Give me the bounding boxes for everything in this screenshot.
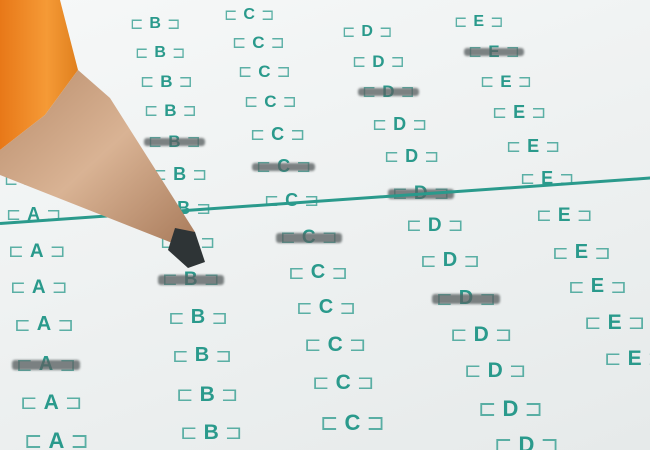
answer-bubble-d[interactable]: ⊏D⊐ — [384, 146, 439, 167]
bubble-letter: D — [382, 82, 394, 102]
answer-bubble-b[interactable]: ⊏B⊐ — [180, 420, 242, 445]
bubble-bracket-right: ⊐ — [349, 332, 367, 357]
bubble-bracket-right: ⊐ — [225, 420, 243, 445]
bubble-letter: E — [513, 102, 525, 123]
bubble-bracket-left: ⊏ — [468, 42, 482, 62]
bubble-bracket-right: ⊐ — [506, 42, 520, 62]
bubble-bracket-left: ⊏ — [384, 146, 399, 167]
bubble-letter: A — [24, 170, 36, 190]
bubble-bracket-right: ⊐ — [172, 43, 185, 63]
bubble-bracket-right: ⊐ — [57, 312, 74, 337]
bubble-bracket-right: ⊐ — [290, 124, 305, 145]
bubble-bracket-right: ⊐ — [577, 204, 593, 227]
bubble-bracket-left: ⊏ — [568, 274, 585, 299]
bubble-letter: E — [473, 13, 484, 31]
answer-bubble-e[interactable]: ⊏E⊐ — [480, 72, 532, 92]
bubble-bracket-left: ⊏ — [296, 295, 313, 320]
bubble-bracket-right: ⊐ — [50, 240, 66, 263]
bubble-letter: D — [372, 52, 384, 72]
bubble-bracket-right: ⊐ — [215, 343, 232, 368]
answer-bubble-c[interactable]: ⊏C⊐ — [312, 370, 374, 395]
answer-bubble-d[interactable]: ⊏D⊐ — [478, 396, 543, 422]
bubble-bracket-left: ⊏ — [250, 124, 265, 145]
bubble-letter: C — [319, 296, 333, 319]
answer-bubble-b[interactable]: ⊏B⊐ — [140, 72, 193, 92]
bubble-bracket-left: ⊏ — [168, 305, 185, 330]
answer-bubble-b[interactable]: ⊏B⊐ — [176, 382, 238, 407]
bubble-bracket-right: ⊐ — [322, 226, 338, 249]
bubble-bracket-left: ⊏ — [156, 198, 171, 219]
bubble-bracket-left: ⊏ — [20, 390, 38, 415]
bubble-bracket-right: ⊐ — [211, 305, 228, 330]
bubble-bracket-left: ⊏ — [604, 346, 622, 371]
bubble-letter: B — [195, 344, 209, 367]
bubble-bracket-right: ⊐ — [401, 82, 415, 102]
bubble-bracket-right: ⊐ — [424, 146, 439, 167]
bubble-letter: C — [302, 227, 316, 249]
answer-bubble-b[interactable]: ⊏B⊐ — [152, 164, 207, 185]
bubble-bracket-right: ⊐ — [46, 204, 61, 225]
bubble-bracket-right: ⊐ — [261, 5, 274, 25]
bubble-bracket-right: ⊐ — [540, 432, 558, 450]
answer-bubble-a[interactable]: ⊏A⊐ — [20, 390, 82, 415]
bubble-bracket-left: ⊏ — [238, 62, 252, 82]
bubble-bracket-left: ⊏ — [454, 12, 467, 32]
answer-bubble-c[interactable]: ⊏C⊐ — [280, 226, 338, 249]
bubble-letter: C — [277, 156, 290, 177]
bubble-bracket-left: ⊏ — [420, 248, 437, 273]
answer-bubble-d[interactable]: ⊏D⊐ — [436, 286, 496, 311]
bubble-letter: D — [474, 323, 489, 347]
bubble-letter: A — [39, 353, 53, 376]
bubble-bracket-right: ⊐ — [366, 410, 384, 436]
bubble-letter: D — [361, 23, 373, 41]
answer-bubble-b[interactable]: ⊏B⊐ — [168, 305, 228, 330]
bubble-bracket-right: ⊐ — [495, 322, 513, 347]
answer-bubble-c[interactable]: ⊏C⊐ — [250, 124, 305, 145]
bubble-letter: D — [488, 359, 503, 383]
answer-bubble-b[interactable]: ⊏B⊐ — [130, 14, 180, 34]
answer-bubble-b[interactable]: ⊏B⊐ — [162, 268, 220, 291]
bubble-letter: C — [328, 333, 343, 357]
bubble-letter: B — [173, 164, 186, 185]
bubble-bracket-left: ⊏ — [8, 240, 24, 263]
answer-bubble-c[interactable]: ⊏C⊐ — [320, 410, 385, 436]
bubble-bracket-right: ⊐ — [331, 260, 348, 285]
bubble-letter: A — [37, 313, 51, 336]
bubble-bracket-left: ⊏ — [320, 410, 338, 436]
bubble-bracket-right: ⊐ — [463, 248, 480, 273]
answer-bubble-d[interactable]: ⊏D⊐ — [450, 322, 512, 347]
bubble-letter: E — [628, 347, 642, 371]
bubble-bracket-left: ⊏ — [584, 310, 602, 335]
answer-bubble-d[interactable]: ⊏D⊐ — [362, 82, 415, 102]
answer-bubble-a[interactable]: ⊏A⊐ — [24, 428, 89, 450]
bubble-bracket-right: ⊐ — [524, 396, 542, 422]
bubble-letter: B — [181, 232, 194, 253]
bubble-letter: C — [311, 261, 325, 284]
bubble-bracket-left: ⊏ — [140, 72, 154, 92]
bubble-bracket-right: ⊐ — [200, 232, 215, 253]
bubble-bracket-left: ⊏ — [342, 22, 355, 42]
answer-bubble-c[interactable]: ⊏C⊐ — [238, 62, 291, 82]
answer-bubble-a[interactable]: ⊏A⊐ — [10, 276, 68, 299]
bubble-bracket-left: ⊏ — [494, 432, 512, 450]
answer-bubble-b[interactable]: ⊏B⊐ — [135, 43, 185, 63]
answer-bubble-d[interactable]: ⊏D⊐ — [406, 214, 464, 237]
bubble-letter: D — [443, 249, 457, 272]
bubble-letter: B — [184, 269, 198, 291]
answer-bubble-e[interactable]: ⊏E⊐ — [584, 310, 645, 335]
bubble-bracket-left: ⊏ — [536, 204, 552, 227]
bubble-bracket-right: ⊐ — [339, 295, 356, 320]
answer-bubble-a[interactable]: ⊏A⊐ — [8, 240, 66, 263]
bubble-bracket-left: ⊏ — [172, 343, 189, 368]
bubble-letter: A — [30, 241, 44, 263]
bubble-bracket-right: ⊐ — [559, 168, 574, 189]
answer-bubble-b[interactable]: ⊏B⊐ — [160, 232, 215, 253]
bubble-bracket-left: ⊏ — [280, 226, 296, 249]
bubble-bracket-right: ⊐ — [448, 214, 464, 237]
bubble-bracket-right: ⊐ — [610, 274, 627, 299]
bubble-bracket-left: ⊏ — [450, 322, 468, 347]
answer-sheet: ⊏B⊐⊏B⊐⊏B⊐⊏B⊐⊏B⊐⊏B⊐⊏B⊐⊏B⊐⊏B⊐⊏B⊐⊏B⊐⊏B⊐⊏B⊐⊏… — [0, 0, 650, 450]
bubble-bracket-left: ⊏ — [304, 332, 322, 357]
answer-bubble-c[interactable]: ⊏C⊐ — [304, 332, 366, 357]
bubble-bracket-left: ⊏ — [480, 72, 494, 92]
bubble-letter: B — [149, 15, 161, 33]
answer-bubble-e[interactable]: ⊏E⊐ — [604, 346, 650, 371]
bubble-bracket-right: ⊐ — [187, 132, 201, 152]
bubble-bracket-left: ⊏ — [144, 101, 158, 121]
answer-bubble-c[interactable]: ⊏C⊐ — [288, 260, 348, 285]
answer-bubble-a[interactable]: ⊏A⊐ — [4, 170, 57, 190]
answer-bubble-c[interactable]: ⊏C⊐ — [296, 295, 356, 320]
bubble-bracket-left: ⊏ — [436, 286, 453, 311]
bubble-letter: E — [608, 311, 622, 335]
bubble-bracket-right: ⊐ — [357, 370, 375, 395]
bubble-bracket-left: ⊏ — [372, 114, 387, 135]
answer-bubble-e[interactable]: ⊏E⊐ — [568, 274, 627, 299]
bubble-letter: E — [488, 42, 499, 62]
bubble-letter: B — [160, 72, 172, 92]
bubble-letter: D — [405, 146, 418, 167]
answer-bubble-b[interactable]: ⊏B⊐ — [172, 343, 232, 368]
bubble-bracket-right: ⊐ — [183, 101, 197, 121]
bubble-letter: B — [168, 132, 180, 152]
bubble-letter: E — [575, 241, 588, 264]
bubble-bracket-left: ⊏ — [232, 33, 246, 53]
bubble-letter: C — [271, 124, 284, 145]
bubble-bracket-right: ⊐ — [391, 52, 405, 72]
bubble-letter: E — [558, 205, 571, 227]
bubble-bracket-left: ⊏ — [180, 420, 198, 445]
bubble-bracket-right: ⊐ — [179, 72, 193, 92]
bubble-letter: C — [258, 62, 270, 82]
bubble-bracket-right: ⊐ — [518, 72, 532, 92]
bubble-letter: B — [204, 421, 219, 445]
bubble-bracket-right: ⊐ — [296, 156, 311, 177]
bubble-bracket-left: ⊏ — [160, 232, 175, 253]
bubble-bracket-left: ⊏ — [464, 358, 482, 383]
bubble-letter: E — [591, 275, 604, 298]
answer-bubble-d[interactable]: ⊏D⊐ — [420, 248, 480, 273]
bubble-bracket-right: ⊐ — [594, 240, 611, 265]
bubble-letter: E — [500, 72, 511, 92]
bubble-bracket-left: ⊏ — [362, 82, 376, 102]
answer-bubble-a[interactable]: ⊏A⊐ — [14, 312, 74, 337]
answer-bubble-d[interactable]: ⊏D⊐ — [372, 114, 427, 135]
bubble-letter: C — [264, 92, 276, 112]
bubble-letter: D — [428, 215, 442, 237]
answer-bubble-e[interactable]: ⊏E⊐ — [492, 102, 546, 123]
bubble-bracket-right: ⊐ — [479, 286, 496, 311]
answer-bubble-e[interactable]: ⊏E⊐ — [552, 240, 611, 265]
bubble-bracket-right: ⊐ — [204, 268, 220, 291]
answer-bubble-e[interactable]: ⊏E⊐ — [506, 136, 560, 157]
bubble-letter: C — [252, 33, 264, 53]
answer-bubble-c[interactable]: ⊏C⊐ — [244, 92, 297, 112]
bubble-letter: B — [191, 306, 205, 329]
answer-bubble-a[interactable]: ⊏A⊐ — [16, 352, 76, 377]
answer-bubble-c[interactable]: ⊏C⊐ — [224, 5, 274, 25]
bubble-bracket-left: ⊏ — [552, 240, 569, 265]
answer-bubble-b[interactable]: ⊏B⊐ — [148, 132, 201, 152]
bubble-bracket-right: ⊐ — [531, 102, 546, 123]
bubble-bracket-right: ⊐ — [545, 136, 560, 157]
bubble-bracket-right: ⊐ — [59, 352, 76, 377]
bubble-bracket-right: ⊐ — [490, 12, 503, 32]
answer-bubble-e[interactable]: ⊏E⊐ — [454, 12, 503, 32]
bubble-letter: A — [32, 277, 46, 299]
bubble-bracket-left: ⊏ — [478, 396, 496, 422]
bubble-letter: D — [502, 396, 518, 422]
bubble-letter: E — [527, 136, 539, 157]
bubble-bracket-right: ⊐ — [271, 33, 285, 53]
bubble-bracket-left: ⊏ — [224, 5, 237, 25]
bubble-letter: B — [200, 383, 215, 407]
answer-bubble-c[interactable]: ⊏C⊐ — [232, 33, 285, 53]
answer-bubble-d[interactable]: ⊏D⊐ — [352, 52, 405, 72]
bubble-letter: D — [518, 432, 534, 450]
bubble-bracket-right: ⊐ — [283, 92, 297, 112]
bubble-letter: A — [44, 391, 59, 415]
bubble-bracket-right: ⊐ — [509, 358, 527, 383]
bubble-letter: C — [243, 6, 255, 24]
bubble-bracket-left: ⊏ — [16, 352, 33, 377]
bubble-bracket-left: ⊏ — [288, 260, 305, 285]
bubble-bracket-left: ⊏ — [492, 102, 507, 123]
bubble-bracket-left: ⊏ — [135, 43, 148, 63]
bubble-bracket-left: ⊏ — [506, 136, 521, 157]
answer-bubble-c[interactable]: ⊏C⊐ — [256, 156, 311, 177]
bubble-letter: D — [459, 287, 473, 310]
bubble-bracket-right: ⊐ — [167, 14, 180, 34]
bubble-letter: C — [344, 410, 360, 436]
bubble-bracket-left: ⊏ — [152, 164, 167, 185]
bubble-bracket-left: ⊏ — [176, 382, 194, 407]
bubble-bracket-right: ⊐ — [379, 22, 392, 42]
bubble-bracket-left: ⊏ — [256, 156, 271, 177]
bubble-bracket-left: ⊏ — [312, 370, 330, 395]
answer-bubble-e[interactable]: ⊏E⊐ — [536, 204, 593, 227]
bubble-bracket-right: ⊐ — [628, 310, 646, 335]
bubble-bracket-left: ⊏ — [130, 14, 143, 34]
bubble-bracket-right: ⊐ — [221, 382, 239, 407]
bubble-bracket-right: ⊐ — [277, 62, 291, 82]
bubble-letter: B — [164, 101, 176, 121]
bubble-bracket-left: ⊏ — [264, 190, 279, 211]
bubble-bracket-left: ⊏ — [162, 268, 178, 291]
bubble-letter: D — [393, 114, 406, 135]
answer-bubble-d[interactable]: ⊏D⊐ — [464, 358, 526, 383]
bubble-bracket-right: ⊐ — [70, 428, 88, 450]
answer-bubble-b[interactable]: ⊏B⊐ — [144, 101, 197, 121]
bubble-bracket-left: ⊏ — [244, 92, 258, 112]
bubble-bracket-left: ⊏ — [4, 170, 18, 190]
bubble-bracket-left: ⊏ — [148, 132, 162, 152]
answer-bubble-d[interactable]: ⊏D⊐ — [342, 22, 392, 42]
bubble-letter: C — [336, 371, 351, 395]
bubble-bracket-left: ⊏ — [406, 214, 422, 237]
answer-bubble-e[interactable]: ⊏E⊐ — [468, 42, 520, 62]
bubble-bracket-left: ⊏ — [352, 52, 366, 72]
bubble-bracket-left: ⊏ — [14, 312, 31, 337]
bubble-letter: A — [48, 428, 64, 450]
bubble-bracket-left: ⊏ — [24, 428, 42, 450]
bubble-bracket-left: ⊏ — [10, 276, 26, 299]
bubble-bracket-right: ⊐ — [192, 164, 207, 185]
bubble-bracket-right: ⊐ — [52, 276, 68, 299]
bubble-bracket-right: ⊐ — [65, 390, 83, 415]
bubble-bracket-right: ⊐ — [412, 114, 427, 135]
bubble-bracket-right: ⊐ — [43, 170, 57, 190]
bubble-letter: B — [154, 44, 166, 62]
answer-bubble-d[interactable]: ⊏D⊐ — [494, 432, 559, 450]
